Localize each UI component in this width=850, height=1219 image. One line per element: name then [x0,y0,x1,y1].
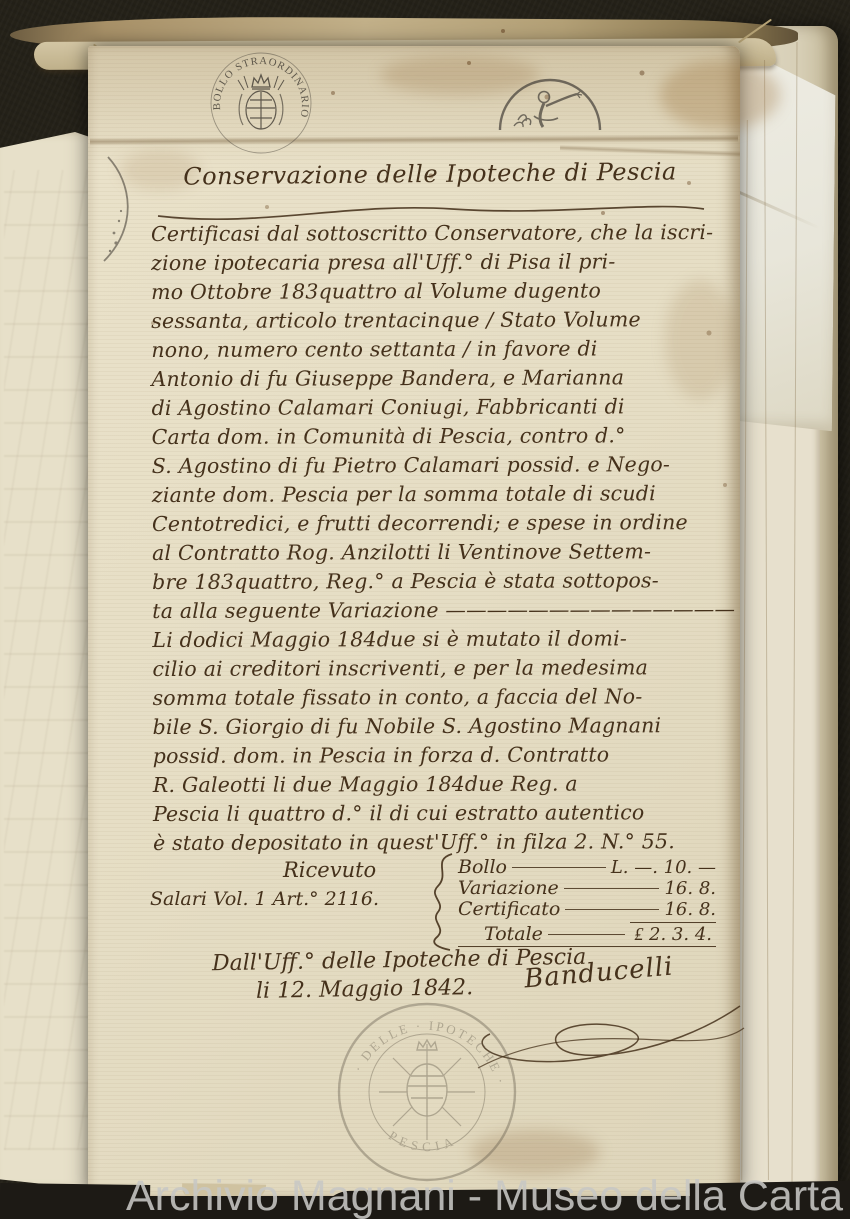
coat-of-arms-shield-icon [238,76,284,129]
manuscript-line: Carta dom. in Comunità di Pescia, contro… [152,421,737,452]
fee-amount: 16. 8. [664,878,716,899]
ipoteche-pescia-office-stamp: · DELLE · IPOTECHE · PESCIA [333,998,521,1186]
manuscript-line: Pescia li quattro d.° il di cui estratto… [153,798,738,829]
manuscript-line: di Agostino Calamari Coniugi, Fabbricant… [151,392,736,423]
fee-rule [565,909,659,910]
fee-row: Certificato 16. 8. [458,898,716,919]
manuscript-line: possid. dom. in Pescia in forza d. Contr… [153,740,738,771]
manuscript-line: Certificasi dal sottoscritto Conservator… [151,218,736,249]
document-title: Conservazione delle Ipoteche di Pescia [150,157,710,191]
manuscript-line: Li dodici Maggio 184due si è mutato il d… [152,624,737,655]
fee-amount: 16. 8. [664,899,716,920]
allegorical-figure-stamp [498,68,602,132]
manuscript-line: bile S. Giorgio di fu Nobile S. Agostino… [153,711,738,742]
crown-icon [252,75,270,89]
manuscript-line: nono, numero cento settanta / in favore … [151,334,736,365]
seated-figure-icon [514,91,582,127]
manuscript-line: cilio ai creditori inscriventi, e per la… [152,653,737,684]
fee-label: Totale [484,923,543,945]
ghost-writing-showthrough [4,170,96,1150]
manuscript-line: sessanta, articolo trentacinque / Stato … [151,305,736,336]
manuscript-line: bre 183quattro, Reg.° a Pescia è stata s… [152,566,737,597]
received-note: Ricevuto [283,858,376,882]
age-stain [660,60,780,130]
fee-row: Variazione 16. 8. [458,877,716,898]
manuscript-line: zione ipotecaria presa all'Uff.° di Pisa… [151,247,736,278]
manuscript-line: Centotredici, e frutti decorrendi; e spe… [152,508,737,539]
manuscript-line: mo Ottobre 183quattro al Volume dugento [151,276,736,307]
manuscript-line: S. Agostino di fu Pietro Calamari possid… [152,450,737,481]
fee-label: Bollo [458,856,507,878]
manuscript-line: somma totale fissato in conto, a faccia … [153,682,738,713]
salari-note: Salari Vol. 1 Art.° 2116. [150,888,379,910]
manuscript-line: ta alla seguente Variazione ————————————… [152,595,737,626]
fee-rule [548,934,625,935]
manuscript-body: Certificasi dal sottoscritto Conservator… [151,218,738,858]
stamp-arc [104,157,128,261]
manuscript-line: R. Galeotti li due Maggio 184due Reg. a [153,769,738,800]
fee-total-row: Totale ₤ 2. 3. 4. [458,922,716,947]
fee-label: Certificato [458,898,560,920]
bollo-straordinario-stamp: BOLLO STRAORDINARIO [208,50,314,156]
office-stamp-bottom-text: PESCIA [386,1128,460,1154]
fee-amount: L. —. 10. — [611,857,716,878]
archive-watermark: Archivio Magnani - Museo della Carta [126,1172,850,1219]
fee-row: Bollo L. —. 10. — [458,856,716,877]
fee-rule [512,867,606,868]
photograph-of-archival-document: BOLLO STRAORDINARIO [0,0,850,1219]
fee-label: Variazione [458,877,559,899]
manuscript-line: al Contratto Rog. Anzilotti li Ventinove… [152,537,737,568]
fee-rule [564,888,660,889]
manuscript-line: Antonio di fu Giuseppe Bandera, e Marian… [151,363,736,394]
fee-total-amount: ₤ 2. 3. 4. [630,922,716,945]
fees-brace-icon [426,852,456,952]
fees-table: Bollo L. —. 10. — Variazione 16. 8. Cert… [458,856,716,947]
svg-text:PESCIA: PESCIA [386,1128,460,1154]
manuscript-line: ziante dom. Pescia per la somma totale d… [152,479,737,510]
foxing-spots [0,0,2,2]
